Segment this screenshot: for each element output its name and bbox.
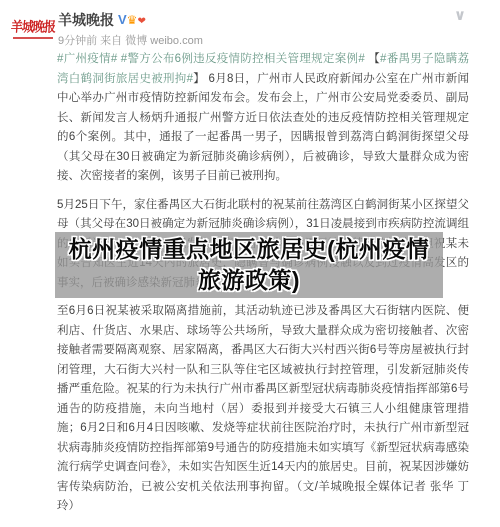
- hashtag-link[interactable]: #警方公布6例违反疫情防控相关管理规定案例#: [121, 53, 365, 65]
- post-paragraph: 至6月6日祝某被采取隔离措施前，其活动轨迹已涉及番禺区大石街辖内医院、便利店、什…: [57, 302, 469, 517]
- avatar-logo-text: 羊城晚报: [10, 16, 55, 36]
- paragraph-text: 5月25日下午，家住番禺区大石街北联村的祝某前往荔湾区白鹤洞街某小区探望父母（其…: [57, 199, 469, 289]
- avatar-logo-underline: [13, 37, 53, 39]
- badges-container: V♛❤: [118, 11, 146, 29]
- post-meta: 9分钟前 来自 微博 weibo.com: [58, 32, 203, 48]
- avatar[interactable]: 羊城晚报: [10, 12, 56, 44]
- hashtag-link[interactable]: #广州疫情#: [57, 53, 117, 65]
- weibo-post: 羊城晚报 羊城晚报 V♛❤ 9分钟前 来自 微博 weibo.com ∨ #广州…: [0, 0, 500, 527]
- paragraph-text: 】 6月8日，广州市人民政府新闻办公室在广州市新闻中心举办广州市疫情防控新闻发布…: [57, 73, 469, 183]
- medal-icon: ❤: [137, 17, 145, 27]
- chevron-down-icon[interactable]: ∨: [450, 6, 470, 26]
- post-paragraph: 5月25日下午，家住番禺区大石街北联村的祝某前往荔湾区白鹤洞街某小区探望父母（其…: [57, 196, 469, 294]
- verified-v-icon: V: [118, 13, 127, 26]
- author-row: 羊城晚报 V♛❤: [58, 11, 146, 29]
- member-crown-icon: ♛: [127, 14, 138, 26]
- paragraph-text: 至6月6日祝某被采取隔离措施前，其活动轨迹已涉及番禺区大石街辖内医院、便利店、什…: [57, 305, 469, 512]
- author-name[interactable]: 羊城晚报: [58, 10, 114, 30]
- post-body: #广州疫情# #警方公布6例违反疫情防控相关管理规定案例# 【#番禺男子隐瞒荔湾…: [57, 50, 469, 526]
- paragraph-text: 【: [365, 53, 380, 65]
- post-paragraph: #广州疫情# #警方公布6例违反疫情防控相关管理规定案例# 【#番禺男子隐瞒荔湾…: [57, 50, 469, 187]
